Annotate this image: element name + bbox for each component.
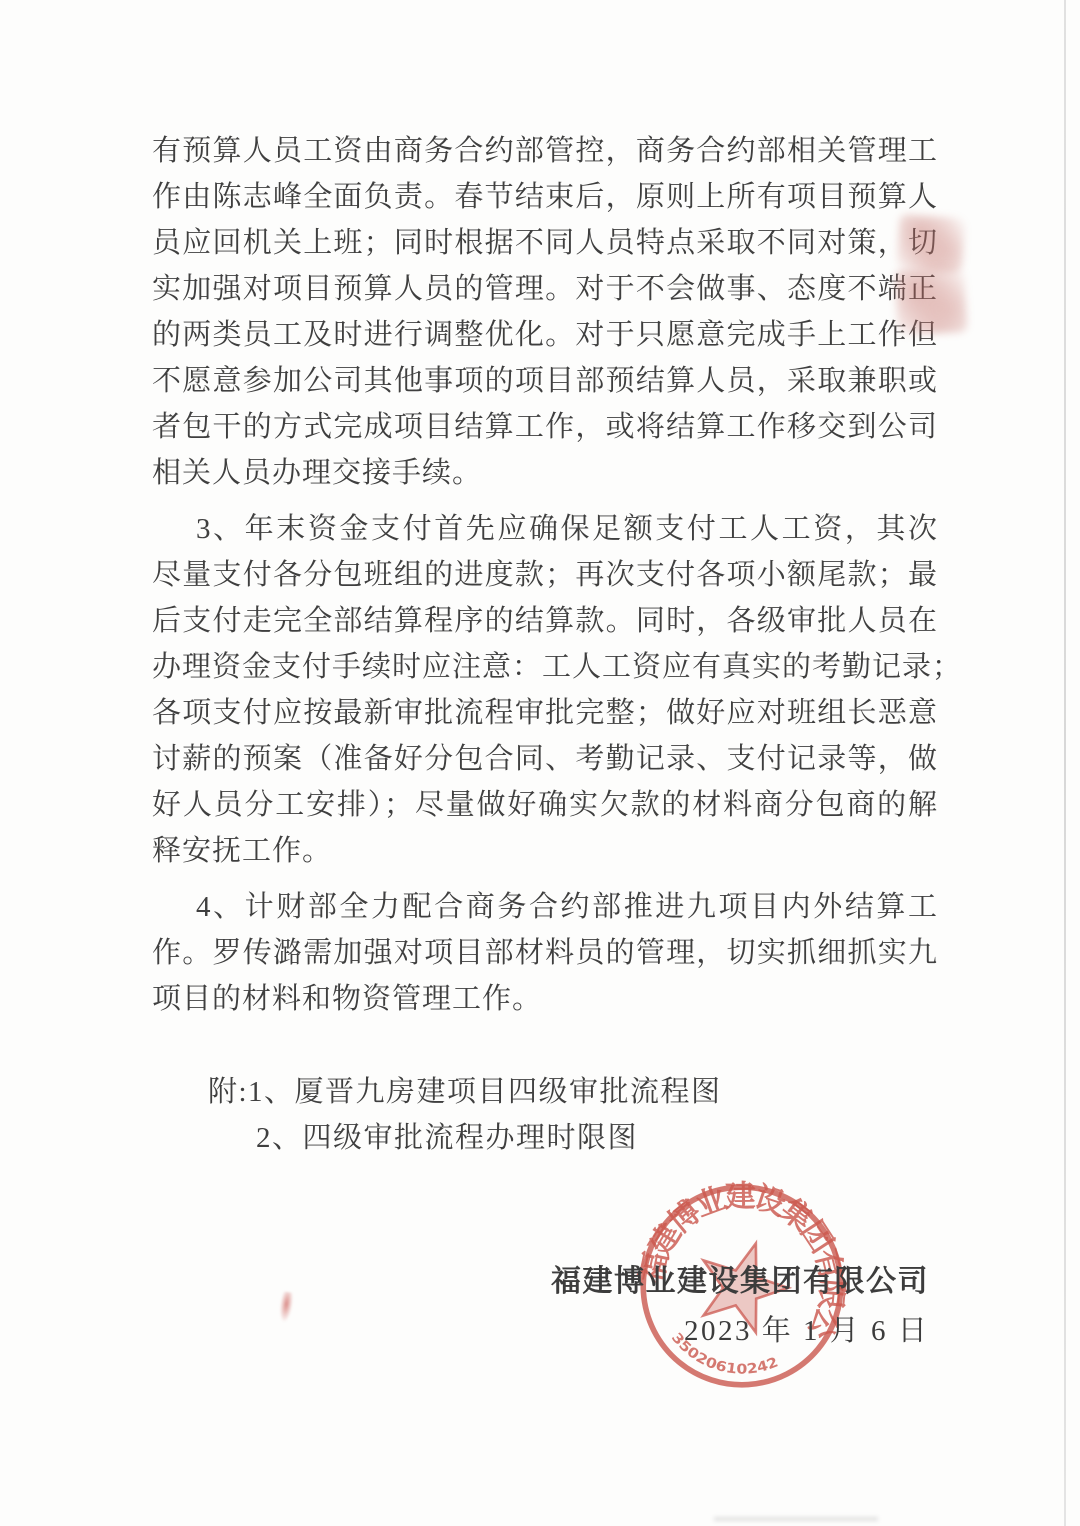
document-body: 有预算人员工资由商务合约部管控，商务合约部相关管理工作由陈志峰全面负责。春节结束… xyxy=(152,128,938,1032)
body-text-line: 员应回机关上班；同时根据不同人员特点采取不同对策，切 xyxy=(152,220,938,266)
body-text-line: 4、计财部全力配合商务合约部推进九项目内外结算工 xyxy=(152,884,938,930)
signature-date: 2023 年 1 月 6 日 xyxy=(684,1308,929,1349)
body-text-line: 项目的材料和物资管理工作。 xyxy=(152,976,938,1022)
body-text-line: 实加强对项目预算人员的管理。对于不会做事、态度不端正 xyxy=(152,266,938,312)
red-ink-mark xyxy=(278,1291,294,1322)
body-text-line: 各项支付应按最新审批流程审批完整；做好应对班组长恶意 xyxy=(152,690,938,736)
stamp-residue-blob xyxy=(894,266,967,336)
attachments-section: 附:1、厦晋九房建项目四级审批流程图 2、四级审批流程办理时限图 xyxy=(152,1069,938,1161)
body-text-line: 后支付走完全部结算程序的结算款。同时，各级审批人员在 xyxy=(152,598,938,644)
body-text-line: 相关人员办理交接手续。 xyxy=(152,450,938,496)
body-text-line: 好人员分工安排）；尽量做好确实欠款的材料商分包商的解 xyxy=(152,782,938,828)
stamp-residue-blob xyxy=(896,214,966,272)
page-bottom-shadow xyxy=(714,1517,878,1521)
body-text-line: 作由陈志峰全面负责。春节结束后，原则上所有项目预算人 xyxy=(152,174,938,220)
page-edge-line xyxy=(1064,0,1066,1526)
body-text-line: 者包干的方式完成项目结算工作，或将结算工作移交到公司 xyxy=(152,404,938,450)
document-page: 有预算人员工资由商务合约部管控，商务合约部相关管理工作由陈志峰全面负责。春节结束… xyxy=(0,0,1080,1526)
paragraph: 4、计财部全力配合商务合约部推进九项目内外结算工作。罗传潞需加强对项目部材料员的… xyxy=(152,884,938,1022)
paragraph: 有预算人员工资由商务合约部管控，商务合约部相关管理工作由陈志峰全面负责。春节结束… xyxy=(152,128,938,496)
signature-company-name: 福建博业建设集团有限公司 xyxy=(551,1256,929,1300)
attachment-item-2: 2、四级审批流程办理时限图 xyxy=(152,1115,938,1161)
body-text-line: 尽量支付各分包班组的进度款；再次支付各项小额尾款；最 xyxy=(152,552,938,598)
body-text-line: 讨薪的预案（准备好分包合同、考勤记录、支付记录等，做 xyxy=(152,736,938,782)
body-text-line: 办理资金支付手续时应注意：工人工资应有真实的考勤记录； xyxy=(152,644,938,690)
stamp-residue-mark xyxy=(896,216,968,336)
body-text-line: 3、年末资金支付首先应确保足额支付工人工资，其次 xyxy=(152,506,938,552)
body-text-line: 不愿意参加公司其他事项的项目部预结算人员，采取兼职或 xyxy=(152,358,938,404)
body-text-line: 作。罗传潞需加强对项目部材料员的管理，切实抓细抓实九 xyxy=(152,930,938,976)
body-text-line: 释安抚工作。 xyxy=(152,828,938,874)
body-text-line: 的两类员工及时进行调整优化。对于只愿意完成手上工作但 xyxy=(152,312,938,358)
body-text-line: 有预算人员工资由商务合约部管控，商务合约部相关管理工 xyxy=(152,128,938,174)
attachment-item-1: 附:1、厦晋九房建项目四级审批流程图 xyxy=(152,1069,938,1115)
paragraph: 3、年末资金支付首先应确保足额支付工人工资，其次尽量支付各分包班组的进度款；再次… xyxy=(152,506,938,874)
